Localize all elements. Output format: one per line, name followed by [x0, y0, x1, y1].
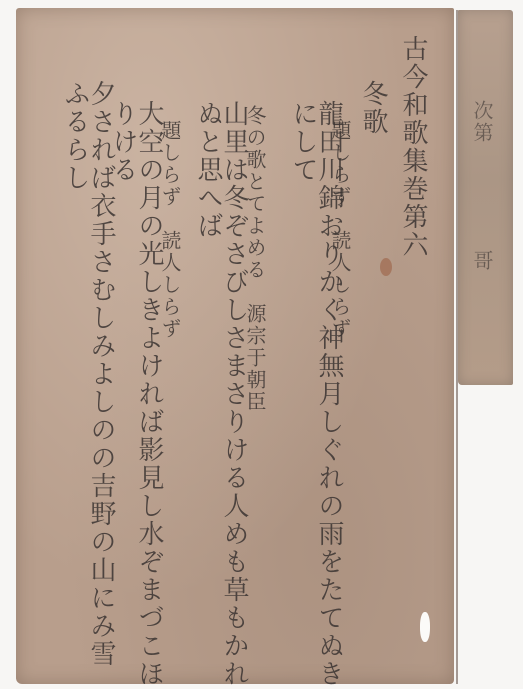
section-title: 冬歌	[360, 80, 386, 136]
poem-line: 大空の月の光しきよければ影見し水ぞまづこほりける	[110, 100, 162, 689]
fold-line	[456, 10, 458, 684]
poem-line: 夕されば衣手さむしみよしのの吉野の山にみ雪ふるらし	[62, 80, 114, 689]
poem-line: 山里は冬ぞさびしさまさりける人めも草もかれぬと思へば	[195, 100, 247, 689]
flap-text-upper: 次第	[472, 100, 492, 144]
side-flap: 次第 哥	[458, 10, 513, 385]
ink-stain	[380, 258, 392, 276]
flap-text-lower: 哥	[472, 250, 492, 272]
poem-line: 龍田川錦おりかく神無月しぐれの雨をたてぬきにして	[290, 100, 342, 689]
paper-hole	[420, 612, 430, 642]
book-title: 古今和歌集巻第六	[400, 35, 426, 259]
